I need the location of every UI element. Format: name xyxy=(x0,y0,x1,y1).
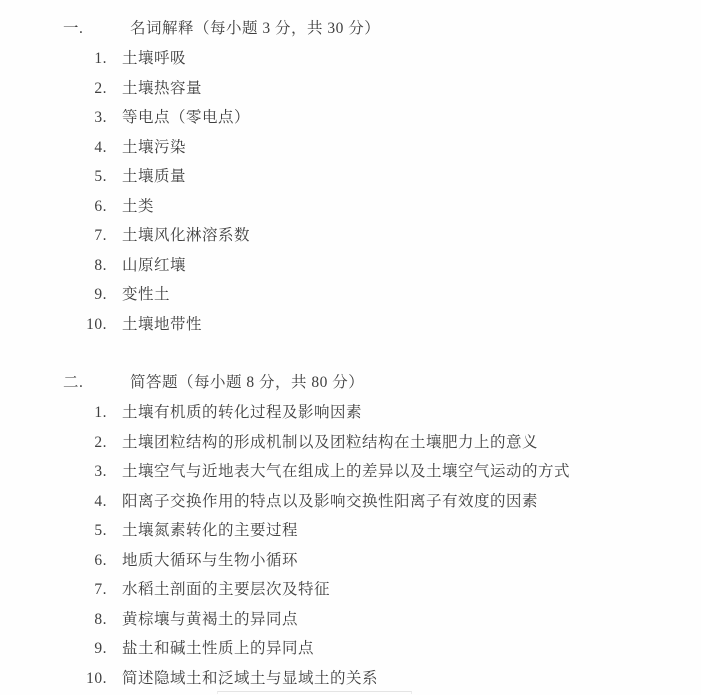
question-number: 10. xyxy=(0,664,107,694)
question-item: 6.地质大循环与生物小循环 xyxy=(0,546,701,576)
question-text: 土壤热容量 xyxy=(107,74,202,104)
question-item: 6.土类 xyxy=(0,192,701,222)
question-number: 7. xyxy=(0,575,107,605)
question-item: 8.山原红壤 xyxy=(0,251,701,281)
question-text: 山原红壤 xyxy=(107,251,186,281)
question-item: 5.土壤质量 xyxy=(0,162,701,192)
question-number: 4. xyxy=(0,133,107,163)
question-text: 阳离子交换作用的特点以及影响交换性阳离子有效度的因素 xyxy=(107,487,538,517)
question-text: 简述隐域土和泛域土与显域土的关系 xyxy=(107,664,378,694)
question-text: 土壤风化淋溶系数 xyxy=(107,221,250,251)
question-text: 土壤团粒结构的形成机制以及团粒结构在土壤肥力上的意义 xyxy=(107,428,538,458)
question-text: 土壤呼吸 xyxy=(107,44,186,74)
question-number: 2. xyxy=(0,74,107,104)
question-item: 10.土壤地带性 xyxy=(0,310,701,340)
question-number: 6. xyxy=(0,192,107,222)
question-number: 9. xyxy=(0,634,107,664)
section-2-title: 简答题（每小题 8 分，共 80 分） xyxy=(130,368,364,398)
question-item: 1.土壤有机质的转化过程及影响因素 xyxy=(0,398,701,428)
question-number: 5. xyxy=(0,516,107,546)
question-text: 黄棕壤与黄褐土的异同点 xyxy=(107,605,298,635)
question-text: 土壤污染 xyxy=(107,133,186,163)
question-number: 3. xyxy=(0,103,107,133)
section-1-question-list: 1.土壤呼吸 2.土壤热容量 3.等电点（零电点） 4.土壤污染 5.土壤质量 … xyxy=(0,44,701,339)
question-item: 8.黄棕壤与黄褐土的异同点 xyxy=(0,605,701,635)
question-text: 土类 xyxy=(107,192,154,222)
section-divider-gap xyxy=(0,339,701,368)
scan-artifact-line xyxy=(217,691,412,694)
question-number: 10. xyxy=(0,310,107,340)
question-number: 8. xyxy=(0,251,107,281)
section-2-header: 二.简答题（每小题 8 分，共 80 分） xyxy=(0,368,701,398)
question-item: 5.土壤氮素转化的主要过程 xyxy=(0,516,701,546)
question-item: 1.土壤呼吸 xyxy=(0,44,701,74)
section-1-number: 一. xyxy=(63,14,130,44)
question-text: 水稻土剖面的主要层次及特征 xyxy=(107,575,330,605)
question-item: 9.盐土和碱土性质上的异同点 xyxy=(0,634,701,664)
question-item: 4.土壤污染 xyxy=(0,133,701,163)
question-number: 9. xyxy=(0,280,107,310)
question-item: 9.变性土 xyxy=(0,280,701,310)
question-number: 7. xyxy=(0,221,107,251)
exam-page: 一.名词解释（每小题 3 分，共 30 分） 1.土壤呼吸 2.土壤热容量 3.… xyxy=(0,0,701,695)
question-item: 4.阳离子交换作用的特点以及影响交换性阳离子有效度的因素 xyxy=(0,487,701,517)
question-item: 7.土壤风化淋溶系数 xyxy=(0,221,701,251)
question-text: 土壤质量 xyxy=(107,162,186,192)
question-text: 土壤空气与近地表大气在组成上的差异以及土壤空气运动的方式 xyxy=(107,457,570,487)
question-item: 7.水稻土剖面的主要层次及特征 xyxy=(0,575,701,605)
question-number: 1. xyxy=(0,44,107,74)
question-number: 6. xyxy=(0,546,107,576)
section-1-header: 一.名词解释（每小题 3 分，共 30 分） xyxy=(0,14,701,44)
question-text: 等电点（零电点） xyxy=(107,103,250,133)
question-text: 土壤有机质的转化过程及影响因素 xyxy=(107,398,362,428)
question-text: 土壤氮素转化的主要过程 xyxy=(107,516,298,546)
question-item: 3.等电点（零电点） xyxy=(0,103,701,133)
question-item: 2.土壤热容量 xyxy=(0,74,701,104)
section-2-number: 二. xyxy=(63,368,130,398)
section-2-question-list: 1.土壤有机质的转化过程及影响因素 2.土壤团粒结构的形成机制以及团粒结构在土壤… xyxy=(0,398,701,693)
question-item: 3.土壤空气与近地表大气在组成上的差异以及土壤空气运动的方式 xyxy=(0,457,701,487)
section-1-title: 名词解释（每小题 3 分，共 30 分） xyxy=(130,14,380,44)
question-number: 5. xyxy=(0,162,107,192)
question-text: 盐土和碱土性质上的异同点 xyxy=(107,634,314,664)
question-number: 1. xyxy=(0,398,107,428)
question-text: 地质大循环与生物小循环 xyxy=(107,546,298,576)
question-text: 变性土 xyxy=(107,280,170,310)
question-number: 3. xyxy=(0,457,107,487)
question-item: 10.简述隐域土和泛域土与显域土的关系 xyxy=(0,664,701,694)
question-item: 2.土壤团粒结构的形成机制以及团粒结构在土壤肥力上的意义 xyxy=(0,428,701,458)
question-number: 4. xyxy=(0,487,107,517)
question-number: 2. xyxy=(0,428,107,458)
question-text: 土壤地带性 xyxy=(107,310,202,340)
question-number: 8. xyxy=(0,605,107,635)
